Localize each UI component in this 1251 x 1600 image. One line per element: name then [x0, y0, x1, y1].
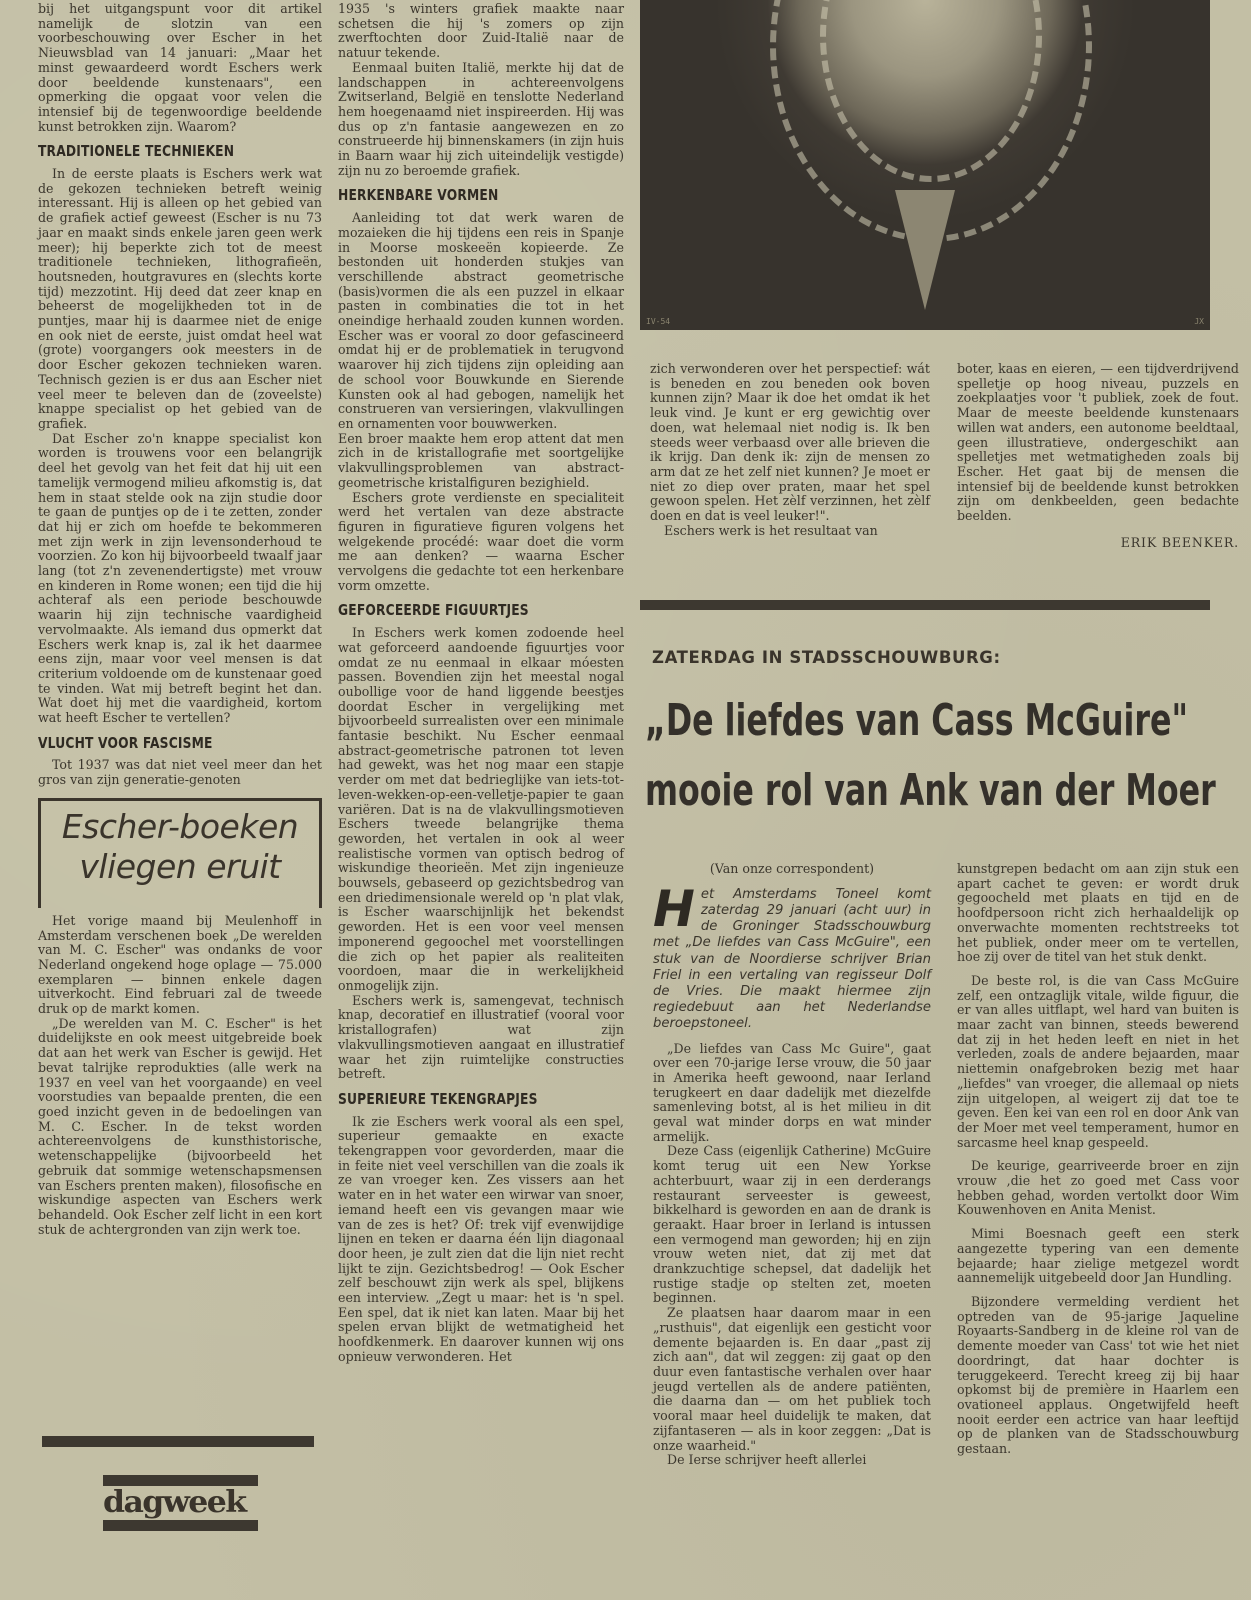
body-paragraph: Eschers werk is het resultaat van: [650, 524, 930, 539]
body-paragraph: Een broer maakte hem erop attent dat men…: [338, 432, 624, 491]
newspaper-page: bij het uitgangspunt voor dit artikel na…: [0, 0, 1251, 1600]
escher-article-column-4: boter, kaas en eieren, — een tijdverdrij…: [957, 362, 1239, 550]
section-heading: GEFORCEERDE FIGUURTJES: [338, 603, 573, 618]
theater-article-column-1: (Van onze correspondent) Het Amsterdams …: [653, 862, 931, 1468]
body-paragraph: In de eerste plaats is Eschers werk wat …: [38, 167, 322, 432]
sidebar-box-headline: Escher-boeken vliegen eruit: [38, 798, 322, 908]
escher-article-column-3: zich verwonderen over het perspectief: w…: [650, 362, 930, 538]
body-paragraph: kunstgrepen bedacht om aan zijn stuk een…: [957, 862, 1239, 965]
body-paragraph: Tot 1937 was dat niet veel meer dan het …: [38, 758, 322, 787]
body-paragraph: Ik zie Eschers werk vooral als een spel,…: [338, 1115, 624, 1365]
body-paragraph: Bijzondere vermelding verdient het optre…: [957, 1295, 1239, 1457]
logo-bar-bottom: [103, 1520, 258, 1531]
body-paragraph: Ze plaatsen haar daarom maar in een „rus…: [653, 1306, 931, 1453]
theater-article-column-2: kunstgrepen bedacht om aan zijn stuk een…: [957, 862, 1239, 1457]
section-heading: HERKENBARE VORMEN: [338, 188, 573, 203]
body-paragraph: De Ierse schrijver heeft allerlei: [653, 1453, 931, 1468]
body-paragraph: De keurige, gearriveerde broer en zijn v…: [957, 1159, 1239, 1218]
theater-headline-line2: mooie rol van Ank van der Moer: [645, 766, 1070, 816]
dagweek-logo: dagweek: [103, 1475, 258, 1531]
body-paragraph: Mimi Boesnach geeft een sterk aangezette…: [957, 1227, 1239, 1286]
image-detail: [895, 190, 955, 310]
lead-paragraph: Het Amsterdams Toneel komt zaterdag 29 j…: [653, 887, 931, 1033]
sidebar-paragraph: Het vorige maand bij Meulenhoff in Amste…: [38, 914, 322, 1017]
column-divider-rule: [42, 1436, 314, 1447]
body-paragraph: 1935 's winters grafiek maakte naar sche…: [338, 2, 624, 61]
body-paragraph: Dat Escher zo'n knappe specialist kon wo…: [38, 432, 322, 726]
image-caption-right: JX: [1194, 317, 1204, 326]
escher-article-column-1: bij het uitgangspunt voor dit artikel na…: [38, 2, 322, 1237]
theater-headline-line1: „De liefdes van Cass McGuire": [645, 696, 1070, 746]
body-paragraph: Eschers werk is, samengevat, technisch k…: [338, 994, 624, 1082]
body-paragraph: Eschers grote verdienste en specialiteit…: [338, 491, 624, 594]
escher-print-image: IV-54 JX: [640, 0, 1210, 330]
body-paragraph: Eenmaal buiten Italië, merkte hij dat de…: [338, 61, 624, 179]
author-byline: ERIK BEENKER.: [957, 536, 1239, 551]
correspondent-byline: (Van onze correspondent): [653, 862, 931, 877]
section-heading: TRADITIONELE TECHNIEKEN: [38, 144, 271, 159]
body-paragraph: „De liefdes van Cass Mc Guire", gaat ove…: [653, 1042, 931, 1145]
body-paragraph: De beste rol, is die van Cass McGuire ze…: [957, 974, 1239, 1150]
escher-article-column-2: 1935 's winters grafiek maakte naar sche…: [338, 2, 624, 1365]
body-paragraph: Deze Cass (eigenlijk Catherine) McGuire …: [653, 1144, 931, 1306]
sidebar-paragraph: „De werelden van M. C. Escher" is het du…: [38, 1017, 322, 1238]
drop-cap: H: [653, 889, 695, 929]
sidebar-headline-line2: vliegen eruit: [47, 847, 313, 887]
article-divider-rule: [640, 600, 1210, 610]
body-paragraph: Aanleiding tot dat werk waren de mozaiek…: [338, 211, 624, 432]
theater-kicker: ZATERDAG IN STADSSCHOUWBURG:: [652, 648, 1001, 667]
logo-wordmark: dagweek: [103, 1486, 266, 1520]
intro-paragraph: bij het uitgangspunt voor dit artikel na…: [38, 2, 322, 134]
sidebar-headline-line1: Escher-boeken: [47, 807, 313, 847]
image-caption-left: IV-54: [646, 317, 670, 326]
section-heading: VLUCHT VOOR FASCISME: [38, 736, 271, 751]
body-paragraph: In Eschers werk komen zodoende heel wat …: [338, 626, 624, 994]
body-paragraph: zich verwonderen over het perspectief: w…: [650, 362, 930, 524]
section-heading: SUPERIEURE TEKENGRAPJES: [338, 1092, 573, 1107]
body-paragraph: boter, kaas en eieren, — een tijdverdrij…: [957, 362, 1239, 524]
